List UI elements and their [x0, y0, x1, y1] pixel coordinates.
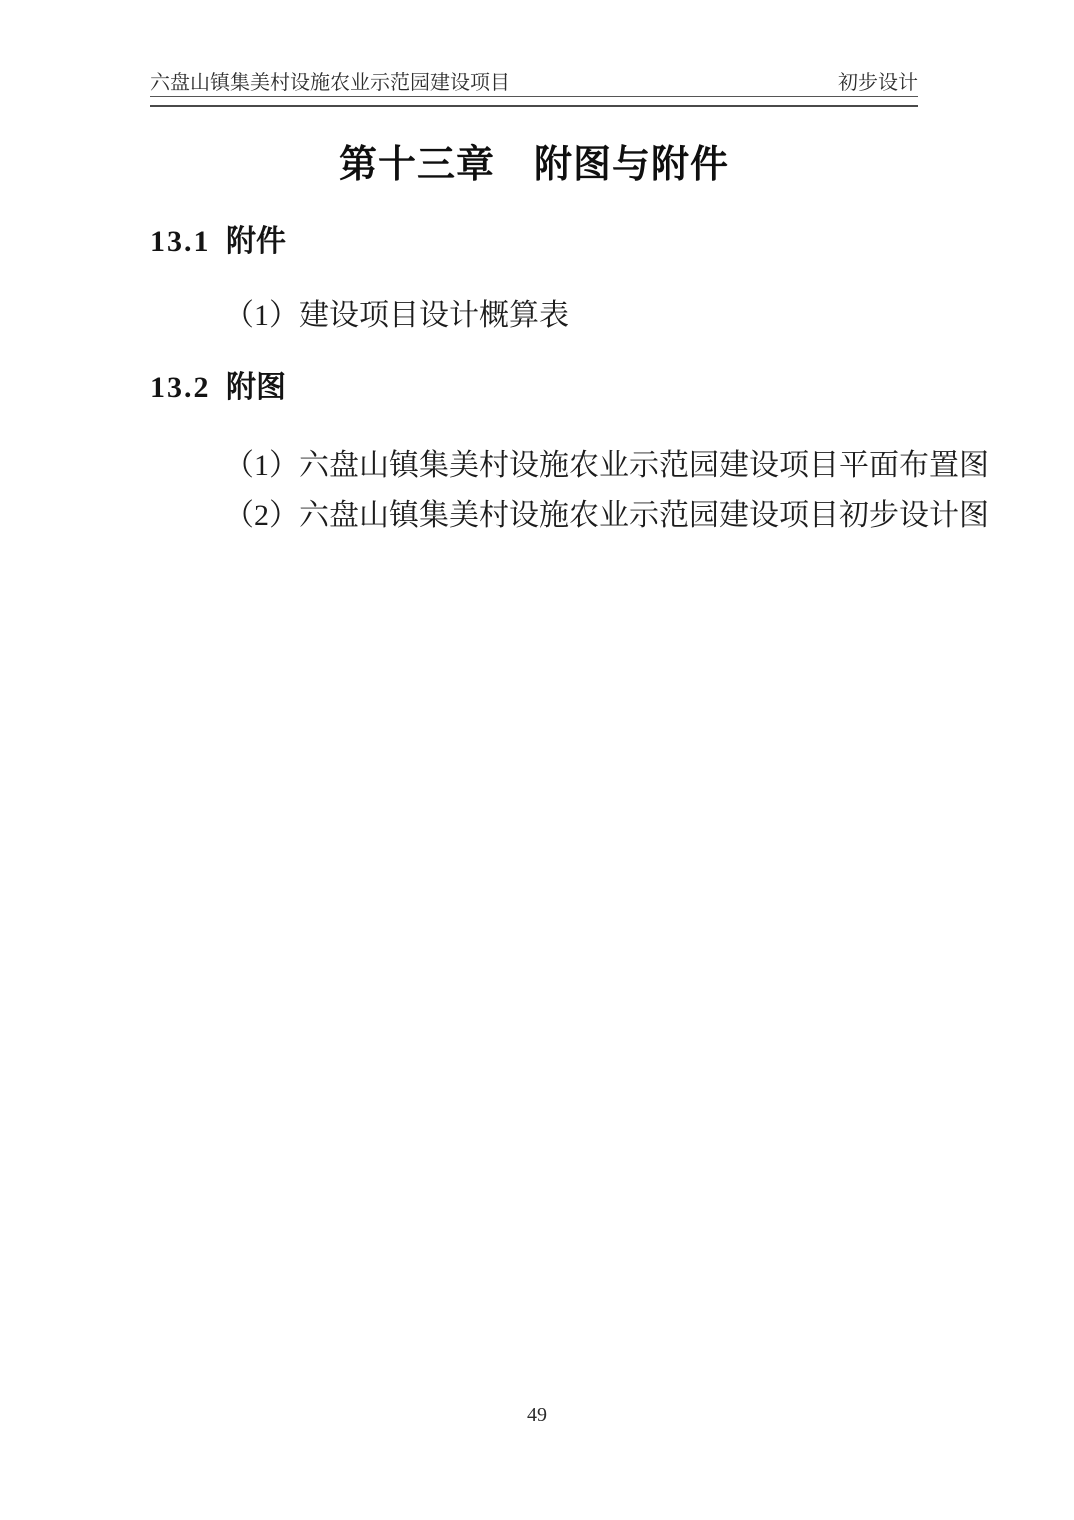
section-heading-13-2: 13.2 附图 — [150, 371, 918, 405]
list-item: （1）建设项目设计概算表 — [150, 299, 918, 333]
header-right-label: 初步设计 — [838, 72, 918, 95]
page-content: 六盘山镇集美村设施农业示范园建设项目 初步设计 第十三章 附图与附件 13.1 … — [0, 0, 1074, 541]
page-header: 六盘山镇集美村设施农业示范园建设项目 初步设计 — [150, 0, 918, 107]
list-item: （2）六盘山镇集美村设施农业示范园建设项目初步设计图 — [150, 491, 918, 541]
list-item: （1）六盘山镇集美村设施农业示范园建设项目平面布置图 — [150, 441, 918, 491]
section-label: 附图 — [226, 371, 286, 404]
section-13-2-items: （1）六盘山镇集美村设施农业示范园建设项目平面布置图 （2）六盘山镇集美村设施农… — [150, 441, 918, 541]
chapter-title: 第十三章 附图与附件 — [150, 143, 918, 187]
header-row: 六盘山镇集美村设施农业示范园建设项目 初步设计 — [150, 72, 918, 97]
section-number: 13.2 — [150, 371, 211, 404]
section-number: 13.1 — [150, 225, 211, 258]
header-left-title: 六盘山镇集美村设施农业示范园建设项目 — [150, 72, 510, 95]
document-page: 六盘山镇集美村设施农业示范园建设项目 初步设计 第十三章 附图与附件 13.1 … — [0, 0, 1074, 1520]
section-heading-13-1: 13.1 附件 — [150, 225, 918, 259]
page-number: 49 — [527, 1404, 547, 1426]
header-divider — [150, 105, 918, 107]
page-footer: 49 — [0, 1404, 1074, 1427]
section-13-1-items: （1）建设项目设计概算表 — [150, 299, 918, 333]
section-label: 附件 — [226, 225, 286, 258]
